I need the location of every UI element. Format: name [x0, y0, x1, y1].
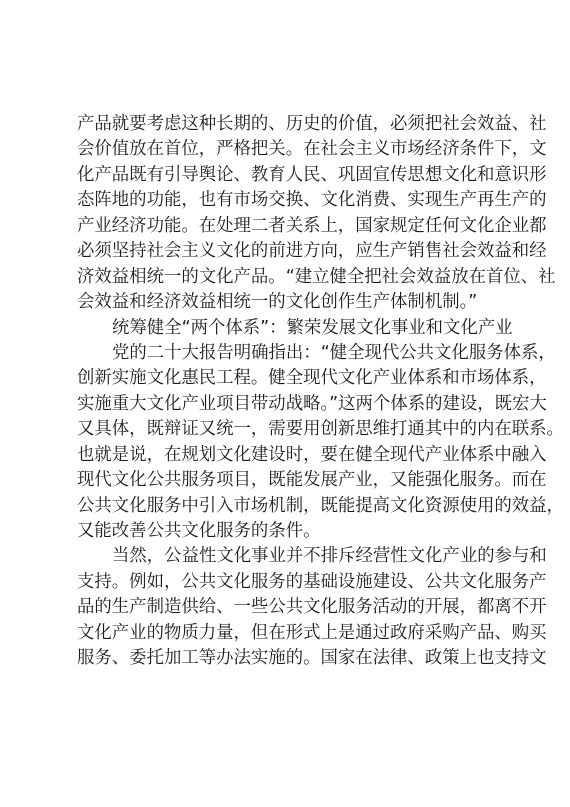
text-line: 又能改善公共文化服务的条件。: [77, 519, 497, 544]
text-line: 会效益和经济效益相统一的文化创作生产体制机制。”: [77, 290, 497, 315]
text-line: 支持。例如，公共文化服务的基础设施建设、公共文化服务产: [77, 570, 497, 595]
text-line: 会价值放在首位，严格把关。在社会主义市场经济条件下，文: [77, 137, 497, 162]
text-line: 产业经济功能。在处理二者关系上，国家规定任何文化企业都: [77, 214, 497, 239]
text-line: 态阵地的功能，也有市场交换、文化消费、实现生产再生产的: [77, 188, 497, 213]
text-line: 实施重大文化产业项目带动战略。”这两个体系的建设，既宏大: [77, 392, 497, 417]
text-line: 济效益相统一的文化产品。“建立健全把社会效益放在首位、社: [77, 265, 497, 290]
text-line: 公共文化服务中引入市场机制，既能提高文化资源使用的效益，: [77, 494, 497, 519]
text-line: 也就是说，在规划文化建设时，要在健全现代产业体系中融入: [77, 443, 497, 468]
text-line: 必须坚持社会主义文化的前进方向，应生产销售社会效益和经: [77, 239, 497, 264]
text-line: 又具体，既辩证又统一，需要用创新思维打通其中的内在联系。: [77, 417, 497, 442]
body-text: 产品就要考虑这种长期的、历史的价值，必须把社会效益、社 会价值放在首位，严格把关…: [77, 112, 497, 672]
text-line: 服务、委托加工等办法实施的。国家在法律、政策上也支持文: [77, 646, 497, 671]
text-line: 化产品既有引导舆论、教育人民、巩固宣传思想文化和意识形: [77, 163, 497, 188]
text-line: 文化产业的物质力量，但在形式上是通过政府采购产品、购买: [77, 621, 497, 646]
document-page: 产品就要考虑这种长期的、历史的价值，必须把社会效益、社 会价值放在首位，严格把关…: [0, 0, 570, 807]
text-line: 现代文化公共服务项目，既能发展产业，又能强化服务。而在: [77, 468, 497, 493]
text-line: 品的生产制造供给、一些公共文化服务活动的开展，都离不开: [77, 595, 497, 620]
section-heading: 统筹健全“两个体系”：繁荣发展文化事业和文化产业: [77, 316, 497, 341]
text-line: 创新实施文化惠民工程。健全现代文化产业体系和市场体系，: [77, 366, 497, 391]
paragraph-start-line: 党的二十大报告明确指出：“健全现代公共文化服务体系，: [77, 341, 497, 366]
text-line: 产品就要考虑这种长期的、历史的价值，必须把社会效益、社: [77, 112, 497, 137]
paragraph-start-line: 当然，公益性文化事业并不排斥经营性文化产业的参与和: [77, 544, 497, 569]
